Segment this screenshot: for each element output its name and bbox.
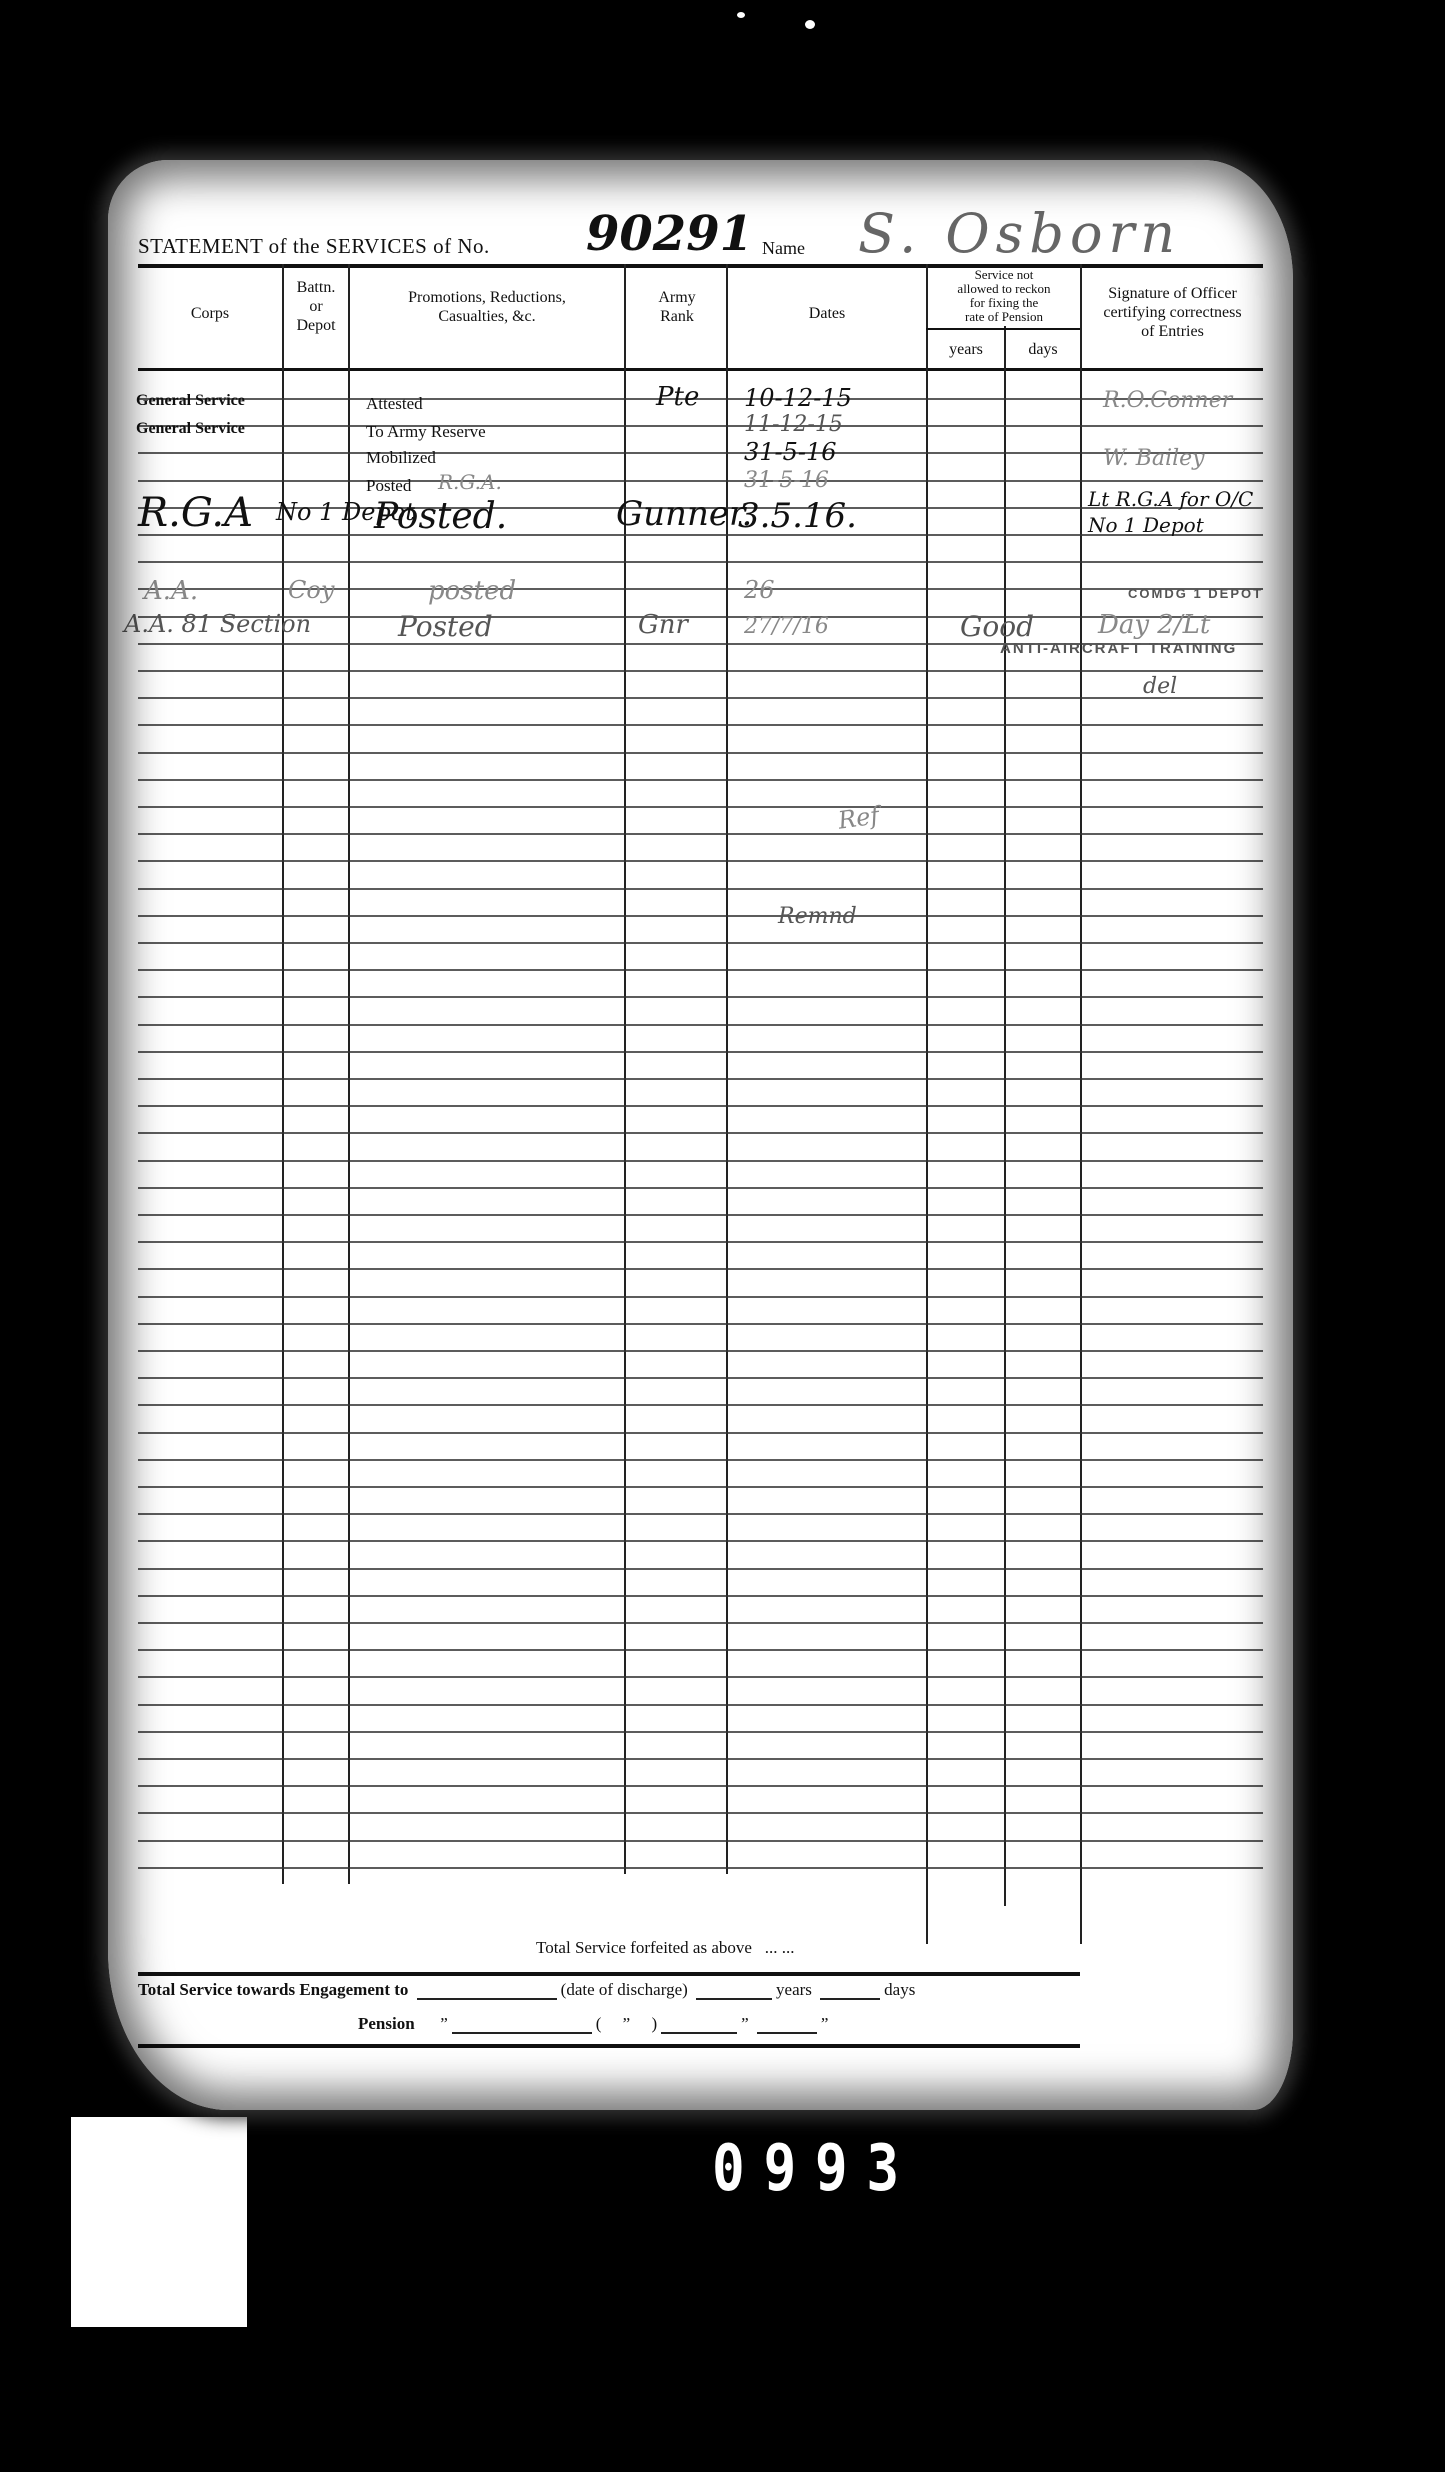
signature-top: R.O.Conner	[1103, 388, 1232, 413]
row4-date: 31-5-16	[744, 468, 829, 493]
table-row-rule	[138, 561, 1263, 563]
table-row-rule	[138, 1622, 1263, 1624]
column-divider	[1004, 326, 1006, 1906]
table-row-rule	[138, 724, 1263, 726]
header-top-rule	[138, 264, 1263, 268]
table-row-rule	[138, 1323, 1263, 1325]
engagement-years-blank	[696, 1998, 772, 2000]
table-row-rule	[138, 1840, 1263, 1842]
row1-promotion: Attested	[366, 394, 423, 414]
table-row-rule	[138, 1812, 1263, 1814]
stamp-comdg-depot: COMDG 1 DEPOT	[1128, 586, 1263, 601]
table-row-rule	[138, 697, 1263, 699]
table-row-rule	[138, 1432, 1263, 1434]
hw3-signature: Day 2/Lt	[1098, 610, 1210, 640]
table-row-rule	[138, 425, 1263, 427]
header-battn: Battn.orDepot	[284, 278, 348, 335]
table-row-rule	[138, 1459, 1263, 1461]
service-record-sheet: STATEMENT of the SERVICES of No. 90291 N…	[108, 160, 1293, 2110]
table-row-rule	[138, 1785, 1263, 1787]
table-row-rule	[138, 860, 1263, 862]
engagement-days-blank	[820, 1998, 880, 2000]
table-row-rule	[138, 779, 1263, 781]
document-heading: STATEMENT of the SERVICES of No.	[138, 234, 490, 259]
table-row-rule	[138, 1350, 1263, 1352]
row3-date: 31-5-16	[744, 438, 837, 466]
header-service-not-allowed: Service notallowed to reckonfor fixing t…	[928, 268, 1080, 324]
table-row-rule	[138, 1540, 1263, 1542]
services-table: Corps Battn.orDepot Promotions, Reductio…	[138, 264, 1263, 1904]
header-army-rank: ArmyRank	[628, 288, 726, 326]
soldier-name: S. Osborn	[858, 202, 1181, 265]
hw2-date: 26	[744, 576, 775, 604]
row4-promotion-note: R.G.A.	[438, 470, 502, 494]
name-label: Name	[762, 238, 805, 259]
table-row-rule	[138, 1296, 1263, 1298]
table-row-rule	[138, 1187, 1263, 1189]
table-row-rule	[138, 1024, 1263, 1026]
row1-date: 10-12-15	[744, 384, 852, 412]
film-speck	[805, 20, 815, 29]
hw2-promotion: posted	[428, 576, 516, 606]
signature-initials: del	[1143, 674, 1177, 699]
pension-years-blank	[661, 2032, 737, 2034]
stamp-anti-aircraft-training: ANTI-AIRCRAFT TRAINING	[1000, 640, 1237, 657]
table-row-rule	[138, 969, 1263, 971]
header-corps: Corps	[138, 304, 282, 323]
hw1-promotion: Posted.	[374, 496, 507, 537]
margin-mark-remnd: Remnd	[778, 904, 857, 929]
table-row-rule	[138, 1731, 1263, 1733]
hw2-battn: Coy	[288, 576, 334, 604]
row2-promotion: To Army Reserve	[366, 422, 486, 442]
engagement-date-blank	[417, 1998, 557, 2000]
header-signature: Signature of Officercertifying correctne…	[1082, 284, 1263, 341]
pension-subheader-rule	[926, 328, 1080, 330]
table-row-rule	[138, 1377, 1263, 1379]
table-row-rule	[138, 452, 1263, 454]
film-speck	[737, 12, 745, 18]
hw3-promotion: Posted	[398, 610, 493, 643]
table-row-rule	[138, 1160, 1263, 1162]
table-row-rule	[138, 888, 1263, 890]
hw1-rank: Gunner.	[616, 494, 752, 534]
pension-line: Pension ”( ” )” ”	[358, 2014, 828, 2034]
row1-corps: General Service	[136, 392, 245, 410]
table-row-rule	[138, 942, 1263, 944]
header-promotions: Promotions, Reductions,Casualties, &c.	[350, 288, 624, 326]
table-row-rule	[138, 1758, 1263, 1760]
header-years: years	[928, 340, 1004, 359]
header-bottom-rule	[138, 368, 1263, 371]
row4-promotion: Posted	[366, 476, 411, 496]
table-row-rule	[138, 1595, 1263, 1597]
table-row-rule	[138, 1649, 1263, 1651]
table-row-rule	[138, 480, 1263, 482]
table-row-rule	[138, 398, 1263, 400]
pension-date-blank	[452, 2032, 592, 2034]
forfeited-label: Total Service forfeited as above ... ...	[536, 1938, 794, 1958]
table-row-rule	[138, 833, 1263, 835]
header-days: days	[1006, 340, 1080, 359]
table-row-rule	[138, 1867, 1263, 1869]
hw2-corps: A.A.	[144, 576, 198, 606]
table-row-rule	[138, 1404, 1263, 1406]
table-row-rule	[138, 996, 1263, 998]
table-row-rule	[138, 1268, 1263, 1270]
table-row-rule	[138, 1241, 1263, 1243]
column-divider	[1080, 264, 1082, 1944]
footer-bottom-rule	[138, 2044, 1080, 2048]
hw3-rank: Gnr	[638, 610, 688, 640]
table-row-rule	[138, 915, 1263, 917]
margin-mark-ref: Ref	[836, 801, 881, 834]
document-title-row: STATEMENT of the SERVICES of No. 90291 N…	[138, 212, 1258, 262]
hw3-date: 27/7/16	[744, 614, 829, 639]
microfilm-frame-counter: 0993	[712, 2132, 918, 2206]
hw1-corps: R.G.A	[138, 490, 253, 536]
row3-promotion: Mobilized	[366, 448, 436, 468]
footer-top-rule	[138, 1972, 1080, 1976]
row2-date: 11-12-15	[744, 412, 843, 437]
hw1-date: 3.5.16.	[738, 496, 857, 536]
table-row-rule	[138, 1214, 1263, 1216]
column-divider	[926, 264, 928, 1944]
service-number: 90291	[586, 206, 753, 262]
table-row-rule	[138, 752, 1263, 754]
hw3-conduct: Good	[960, 610, 1034, 643]
row2-corps: General Service	[136, 420, 245, 438]
hw3-corps: A.A. 81 Section	[124, 610, 311, 638]
header-dates: Dates	[728, 304, 926, 323]
table-row-rule	[138, 1704, 1263, 1706]
table-row-rule	[138, 670, 1263, 672]
hw1-signature: Lt R.G.A for O/C No 1 Depot	[1088, 486, 1268, 538]
engagement-line: Total Service towards Engagement to (dat…	[138, 1980, 915, 2000]
table-row-rule	[138, 1132, 1263, 1134]
calibration-card	[71, 2117, 247, 2327]
table-row-rule	[138, 1676, 1263, 1678]
signature-second: W. Bailey	[1103, 446, 1205, 471]
table-row-rule	[138, 1105, 1263, 1107]
table-row-rule	[138, 1051, 1263, 1053]
table-row-rule	[138, 806, 1263, 808]
pension-days-blank	[757, 2032, 817, 2034]
table-row-rule	[138, 1513, 1263, 1515]
row1-rank: Pte	[656, 382, 699, 412]
table-row-rule	[138, 1078, 1263, 1080]
table-row-rule	[138, 1568, 1263, 1570]
table-row-rule	[138, 1486, 1263, 1488]
